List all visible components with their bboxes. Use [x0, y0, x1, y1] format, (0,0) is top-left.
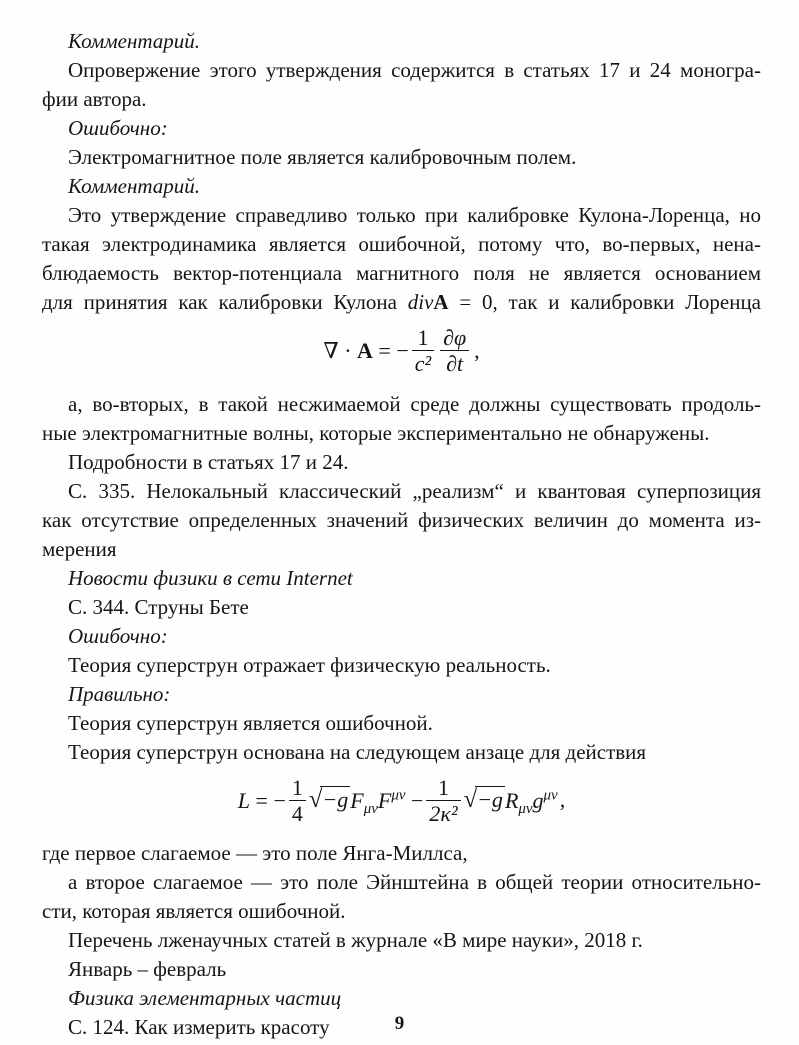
formula-superstring-action: L = −14√−gFμνFμν −12κ²√−gRμνgμν,	[42, 777, 761, 829]
text-line: С. 344. Струны Бете	[42, 593, 761, 622]
tensor-superscript: μν	[544, 787, 558, 803]
fraction-numerator: 1	[289, 775, 306, 801]
gauge-condition-line: для принятия как калибровки Кулона divA …	[42, 288, 761, 317]
text-line: Опровержение этого утверждения содержитс…	[42, 56, 761, 85]
page-number: 9	[0, 1013, 799, 1035]
vector-potential-symbol: A	[433, 290, 448, 314]
text-line: где первое слагаемое — это поле Янга-Мил…	[42, 839, 761, 868]
text-line: Электромагнитное поле является калиброво…	[42, 143, 761, 172]
fraction-one-quarter: 14	[289, 775, 306, 827]
lagrangian-symbol: L	[238, 787, 250, 812]
fraction-denominator: 4	[289, 801, 306, 826]
formula-lorenz-gauge: ∇ · A = −1c²∂φ∂t,	[42, 327, 761, 379]
fraction-denominator: c²	[412, 351, 434, 376]
text-segment: = 0, так и калибровки Лоренца	[449, 290, 761, 314]
tensor-subscript: μν	[364, 801, 378, 817]
fraction-numerator: 1	[426, 775, 460, 801]
fraction-numerator: ∂φ	[440, 325, 469, 351]
minus-sign: −	[396, 338, 408, 363]
sqrt-minus-g: √−g	[464, 787, 505, 812]
text-line: а второе слагаемое — это поле Эйнштейна …	[42, 868, 761, 897]
fraction-one-over-2kappa2: 12κ²	[426, 775, 460, 827]
radicand: −g	[475, 786, 505, 812]
minus-sign: −	[273, 787, 285, 812]
text-line: такая электродинамика является ошибочной…	[42, 230, 761, 259]
field-tensor-f: F	[350, 787, 363, 812]
radicand: −g	[320, 786, 350, 812]
field-tensor-f: F	[378, 787, 391, 812]
metric-tensor-g: g	[533, 787, 544, 812]
text-line: блюдаемость вектор-потенциала магнитного…	[42, 259, 761, 288]
section-heading-particle-physics: Физика элементарных частиц	[42, 984, 761, 1013]
scanned-book-page: Комментарий. Опровержение этого утвержде…	[0, 0, 799, 1045]
dot-operator: ·	[344, 338, 351, 363]
nabla-symbol: ∇	[323, 338, 338, 363]
comment-heading: Комментарий.	[42, 172, 761, 201]
sqrt-minus-g: √−g	[309, 787, 350, 812]
text-line: Теория суперструн основана на следующем …	[42, 738, 761, 767]
text-line: Теория суперструн отражает физическую ре…	[42, 651, 761, 680]
comma: ,	[474, 338, 480, 363]
comment-heading: Комментарий.	[42, 27, 761, 56]
text-line: мерения	[42, 535, 761, 564]
fraction-numerator: 1	[412, 325, 434, 351]
div-operator: div	[408, 290, 434, 314]
tensor-subscript: μν	[518, 801, 532, 817]
section-heading-internet-news: Новости физики в сети Internet	[42, 564, 761, 593]
text-line: С. 335. Нелокальный классический „реализ…	[42, 477, 761, 506]
text-line: Теория суперструн является ошибочной.	[42, 709, 761, 738]
erroneous-heading: Ошибочно:	[42, 622, 761, 651]
text-line: а, во-вторых, в такой несжимаемой среде …	[42, 390, 761, 419]
correct-heading: Правильно:	[42, 680, 761, 709]
text-segment: для принятия как калибровки Кулона	[42, 290, 408, 314]
page-text-block: Комментарий. Опровержение этого утвержде…	[0, 0, 799, 1042]
text-line: Это утверждение справедливо только при к…	[42, 201, 761, 230]
text-line: фии автора.	[42, 85, 761, 114]
tensor-superscript: μν	[391, 787, 405, 803]
text-line: ные электромагнитные волны, которые эксп…	[42, 419, 761, 448]
fraction-denominator: ∂t	[440, 351, 469, 376]
text-line: Перечень лженаучных статей в журнале «В …	[42, 926, 761, 955]
fraction-denominator: 2κ²	[426, 801, 460, 826]
minus-sign: −	[411, 787, 423, 812]
ricci-tensor-r: R	[505, 787, 518, 812]
equals-sign: =	[378, 338, 390, 363]
fraction-dphi-dt: ∂φ∂t	[440, 325, 469, 377]
text-line: Январь – февраль	[42, 955, 761, 984]
vector-potential-symbol: A	[357, 338, 373, 363]
fraction-one-over-c2: 1c²	[412, 325, 434, 377]
erroneous-heading: Ошибочно:	[42, 114, 761, 143]
text-line: как отсутствие определенных значений физ…	[42, 506, 761, 535]
text-line: Подробности в статьях 17 и 24.	[42, 448, 761, 477]
equals-sign: =	[256, 787, 268, 812]
comma: ,	[560, 787, 566, 812]
text-line: сти, которая является ошибочной.	[42, 897, 761, 926]
